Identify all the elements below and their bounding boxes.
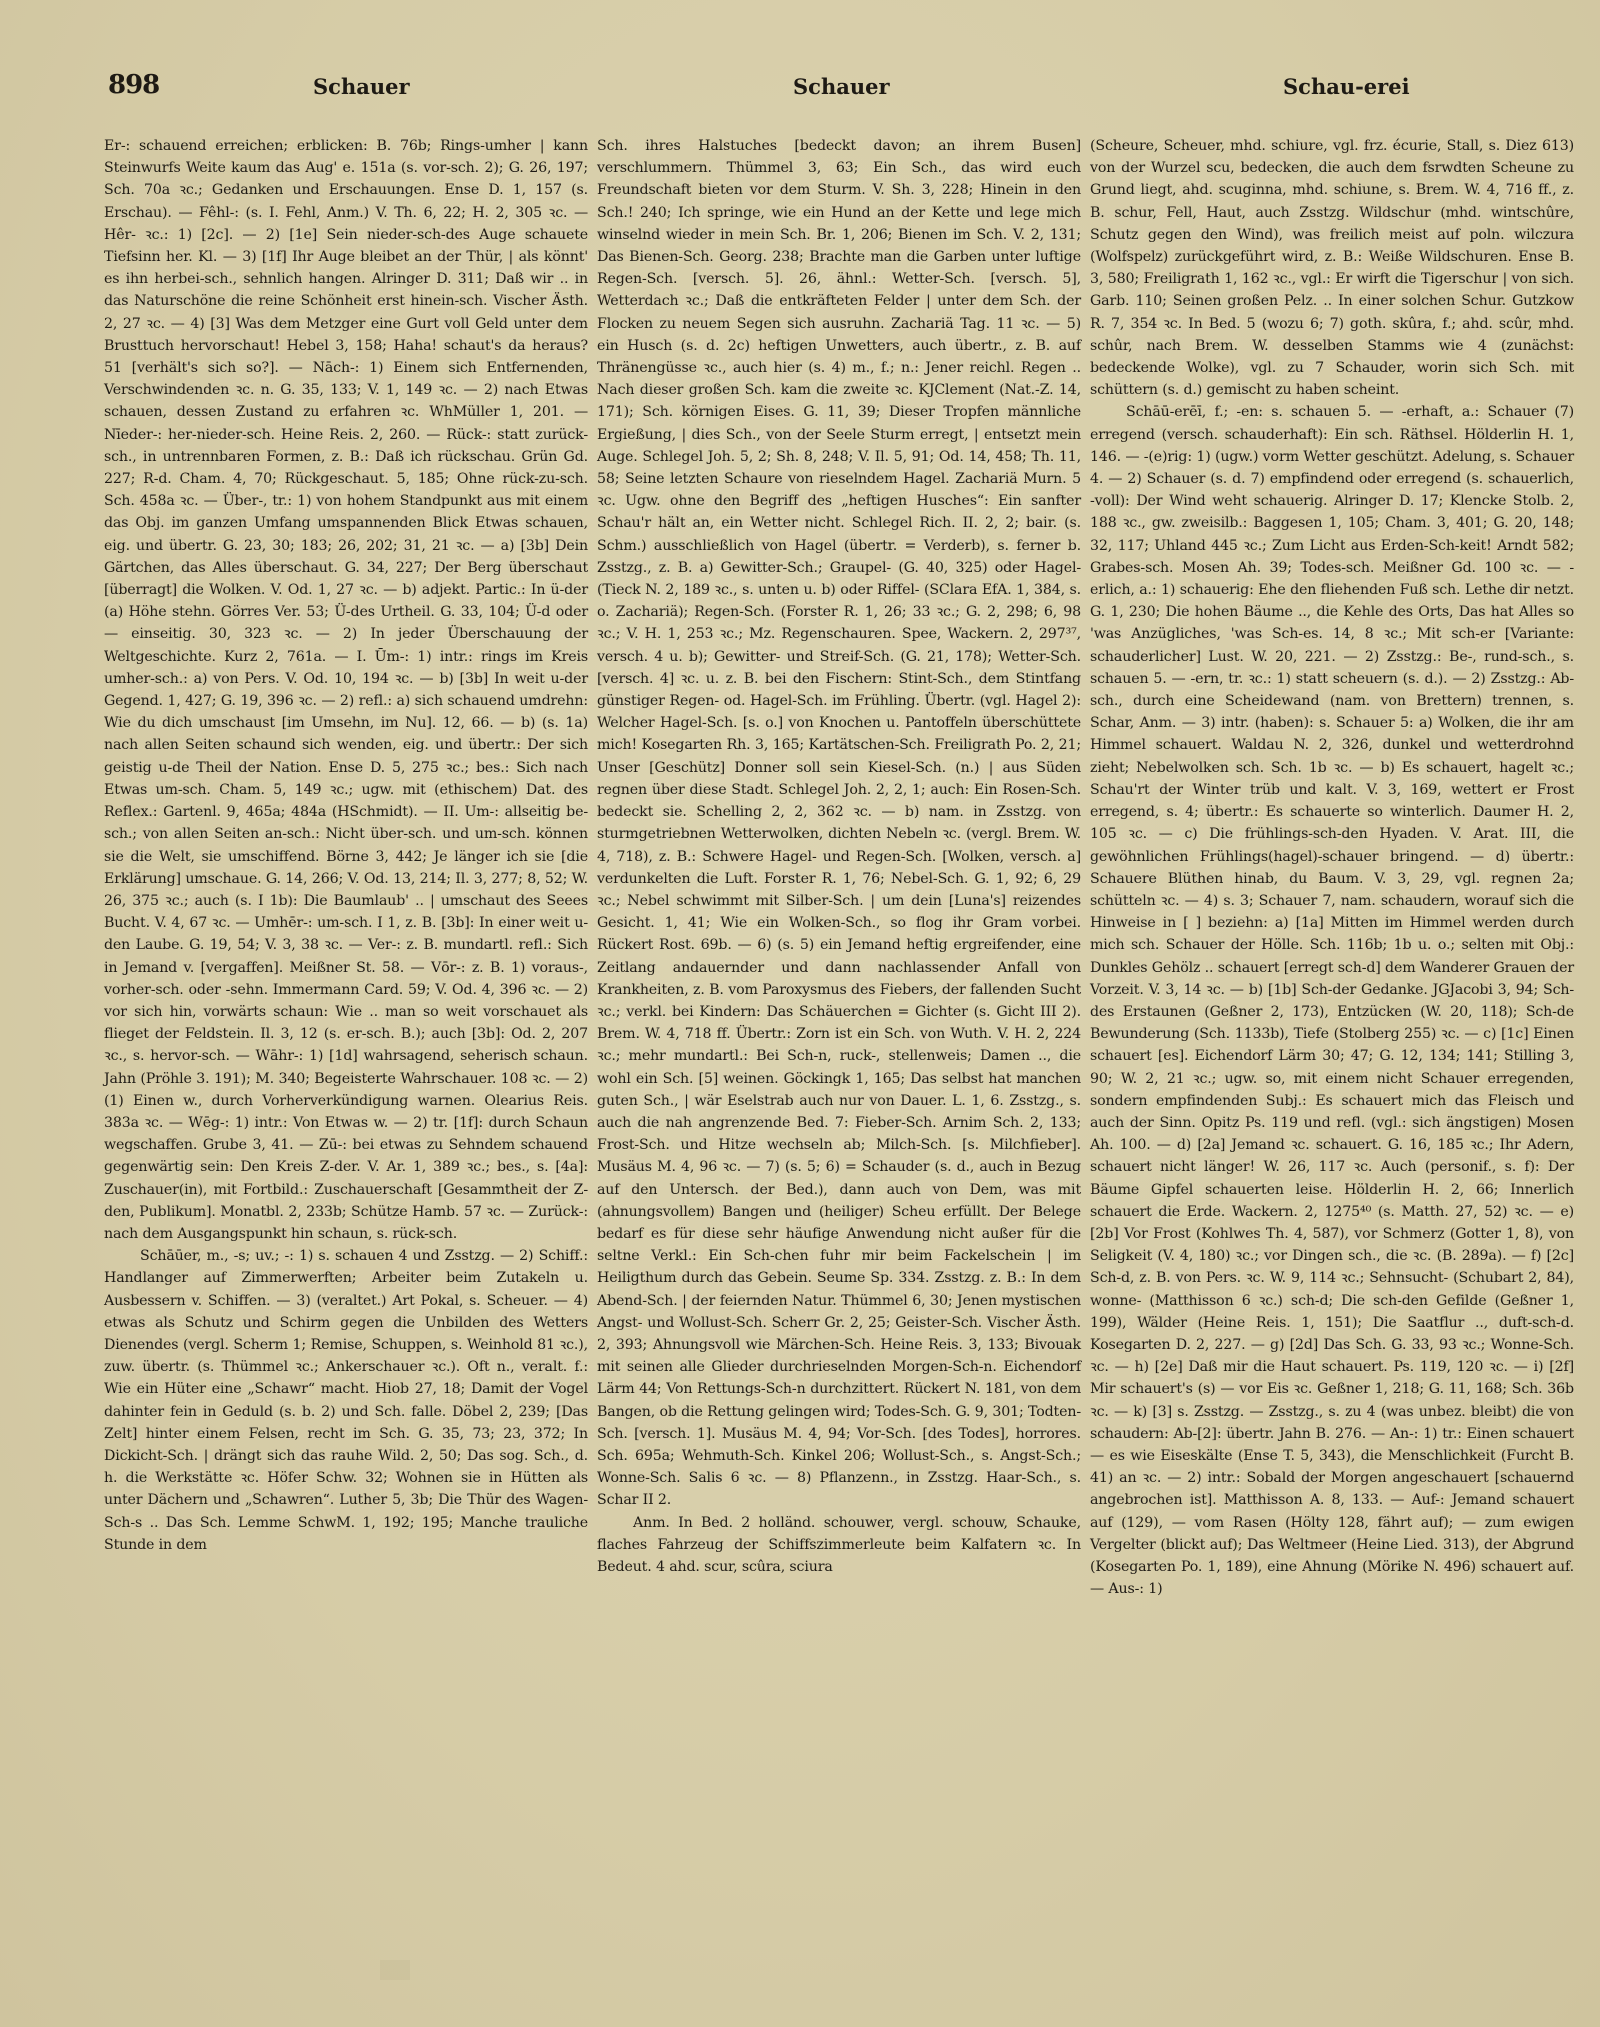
dictionary-entry-paragraph: (Scheure, Scheuer, mhd. schiure, vgl. fr… xyxy=(1090,135,1574,401)
dictionary-entry-paragraph: Er-: schauend erreichen; erblicken: B. 7… xyxy=(104,135,588,1245)
running-header: 898 Schauer Schauer Schau-erei xyxy=(108,70,1570,110)
bleed-through-mark xyxy=(380,1960,410,1980)
dictionary-columns: Er-: schauend erreichen; erblicken: B. 7… xyxy=(104,135,1574,1600)
header-catchword-left: Schauer xyxy=(313,74,410,99)
page-number: 898 xyxy=(108,70,159,100)
column-1: Er-: schauend erreichen; erblicken: B. 7… xyxy=(104,135,588,1600)
dictionary-entry-paragraph: Schāū-erēī, f.; -en: s. schauen 5. — -er… xyxy=(1090,401,1574,1600)
dictionary-entry-paragraph: Schāūer, m., -s; uv.; -: 1) s. schauen 4… xyxy=(104,1245,588,1556)
dictionary-entry-paragraph: Anm. In Bed. 2 holländ. schouwer, vergl.… xyxy=(597,1512,1081,1579)
header-catchword-center: Schauer xyxy=(793,74,890,99)
header-catchword-right: Schau-erei xyxy=(1283,74,1410,99)
column-3: (Scheure, Scheuer, mhd. schiure, vgl. fr… xyxy=(1090,135,1574,1600)
column-2: Sch. ihres Halstuches [bedeckt davon; an… xyxy=(597,135,1081,1600)
dictionary-entry-paragraph: Sch. ihres Halstuches [bedeckt davon; an… xyxy=(597,135,1081,1512)
